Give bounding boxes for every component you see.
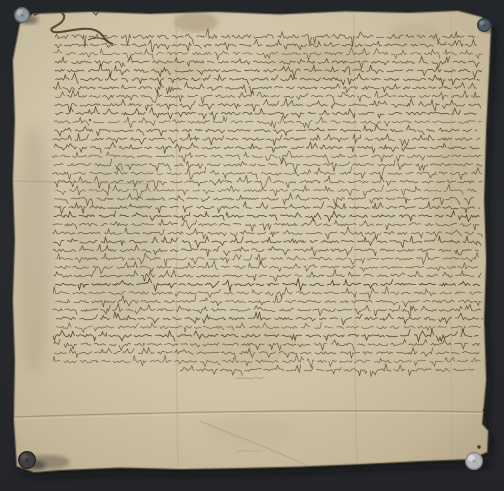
speck — [89, 119, 91, 121]
pin-center — [25, 458, 28, 461]
stain-blotch — [70, 150, 166, 320]
speck — [483, 409, 485, 411]
pin-center — [472, 459, 475, 462]
pin-center — [21, 14, 24, 17]
stain-blotch — [390, 23, 440, 47]
pin-center — [483, 24, 486, 27]
stain-blotch — [16, 125, 52, 375]
speck — [477, 445, 480, 448]
stain-blotch — [174, 12, 218, 32]
manuscript-photo: Single-leaf medieval parchment charter c… — [0, 0, 504, 491]
parchment-charter: Single-leaf medieval parchment charter c… — [0, 0, 504, 491]
